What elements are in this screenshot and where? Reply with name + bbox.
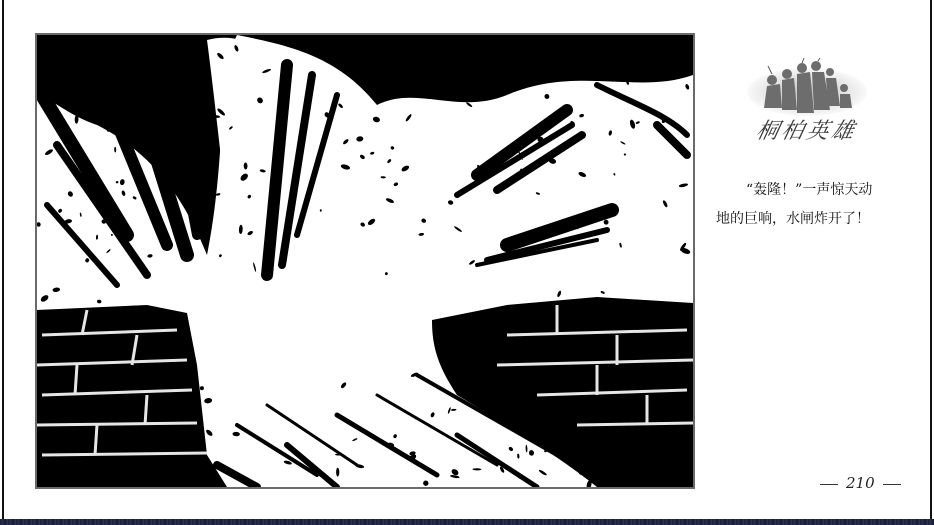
dash-right <box>883 484 901 485</box>
series-title: 桐柏英雄 <box>739 114 876 145</box>
explosion-illustration <box>37 35 693 487</box>
soldiers-sketch-icon <box>742 58 872 118</box>
page-number: 210 <box>812 474 902 492</box>
page-number-value: 210 <box>846 474 875 492</box>
bottom-edge-strip <box>0 519 934 525</box>
caption-text: “轰隆！”一声惊天动 地的巨响，水闸炸开了！ <box>716 176 916 234</box>
series-logo: 桐柏英雄 <box>742 58 872 148</box>
caption-line-2: 地的巨响，水闸炸开了！ <box>716 205 916 234</box>
dash-left <box>820 484 838 485</box>
caption-line-1: “轰隆！”一声惊天动 <box>716 176 916 205</box>
illustration-panel <box>35 33 695 489</box>
page-right-border <box>930 0 932 519</box>
page-left-border <box>2 0 4 519</box>
book-page: 桐柏英雄 “轰隆！”一声惊天动 地的巨响，水闸炸开了！ 210 <box>0 0 934 525</box>
